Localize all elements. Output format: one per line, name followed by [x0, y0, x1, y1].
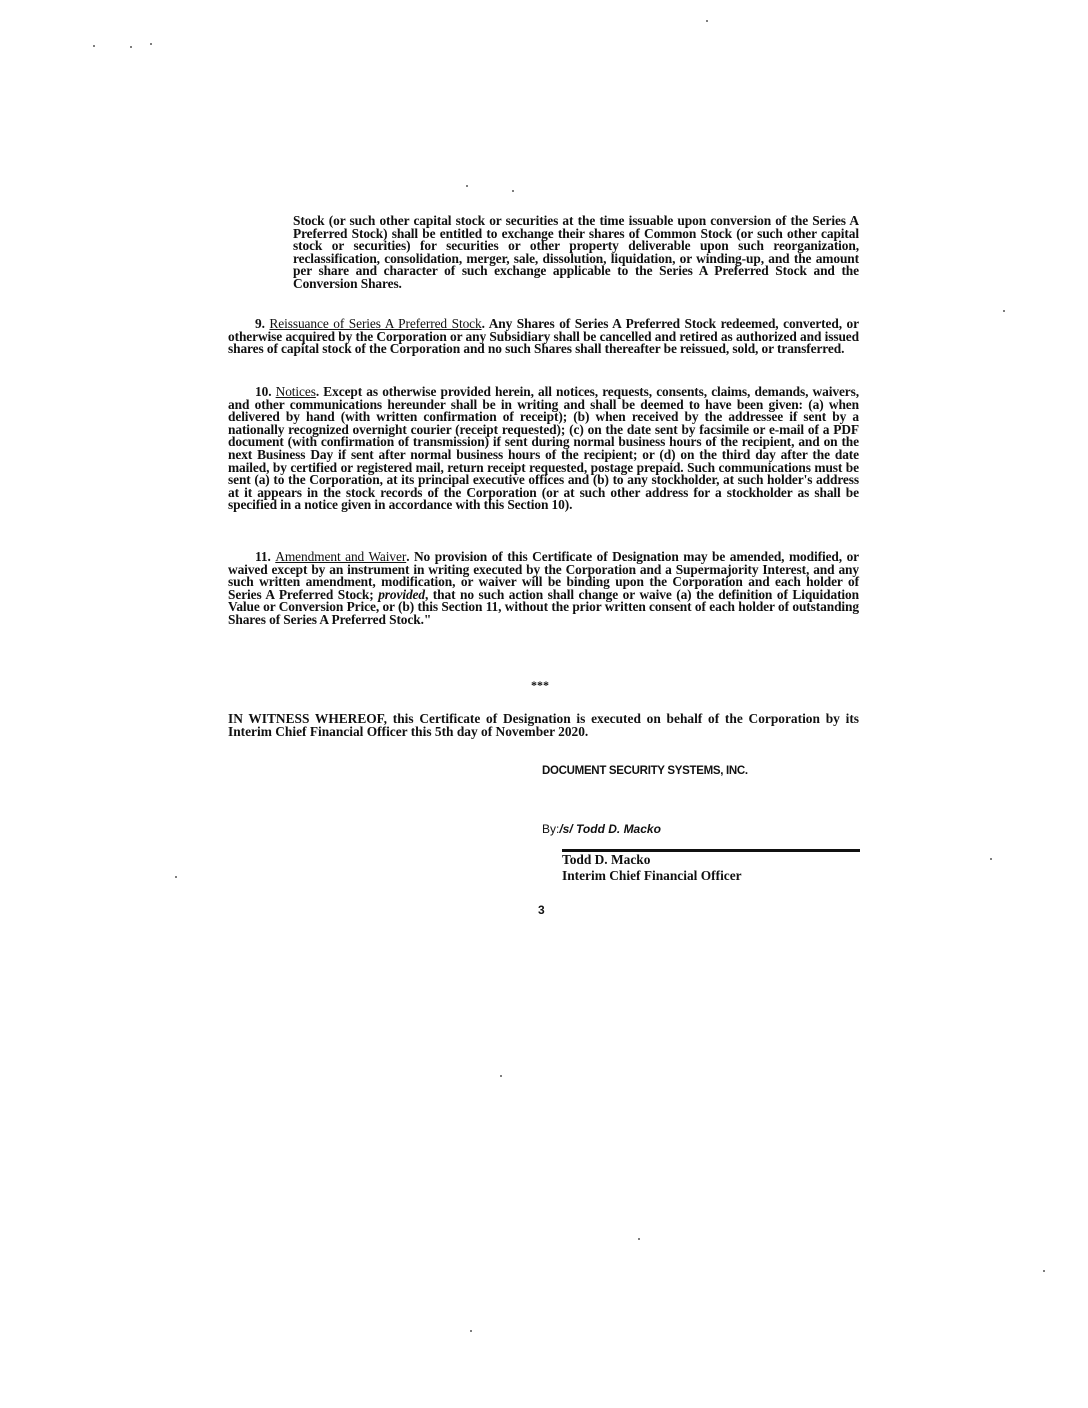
signer-title: Interim Chief Financial Officer [562, 868, 742, 884]
scan-speck [93, 45, 95, 47]
scan-speck [512, 190, 514, 192]
scan-speck [470, 1330, 472, 1332]
scan-speck [1043, 1270, 1045, 1272]
section-10: 10. Notices. Except as otherwise provide… [228, 386, 859, 512]
signature: /s/ Todd D. Macko [559, 822, 661, 836]
scan-speck [706, 20, 708, 22]
scan-speck [638, 1238, 640, 1240]
signature-line: By:/s/ Todd D. Macko [542, 822, 661, 836]
witness-clause: IN WITNESS WHEREOF, this Certificate of … [228, 712, 859, 738]
scan-speck [130, 46, 132, 48]
section-separator: *** [531, 678, 549, 693]
scan-speck [175, 876, 177, 878]
scan-speck [466, 185, 468, 187]
scan-speck [990, 858, 992, 860]
section-9: 9. Reissuance of Series A Preferred Stoc… [228, 318, 859, 356]
signer-name: Todd D. Macko [562, 852, 742, 868]
page-number: 3 [538, 903, 545, 917]
continued-paragraph: Stock (or such other capital stock or se… [293, 215, 859, 291]
by-label: By: [542, 822, 559, 836]
scan-speck [150, 43, 152, 45]
section-text: . Except as otherwise provided herein, a… [228, 384, 859, 512]
company-name: DOCUMENT SECURITY SYSTEMS, INC. [542, 765, 748, 777]
document-page: Stock (or such other capital stock or se… [0, 0, 1088, 1408]
scan-speck [1003, 310, 1005, 312]
scan-speck [500, 1075, 502, 1077]
signer-block: Todd D. Macko Interim Chief Financial Of… [562, 852, 742, 884]
section-11: 11. Amendment and Waiver. No provision o… [228, 551, 859, 627]
